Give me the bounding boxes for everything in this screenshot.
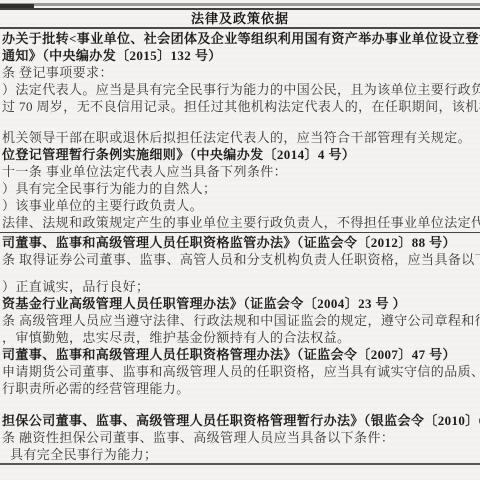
- scanned-document-page: 法律及政策依据 办关于批转<事业单位、社会团体及企业等组织利用国有资产举办事业单…: [0, 0, 480, 480]
- text-line: 办关于批转<事业单位、社会团体及企业等组织利用国有资产举办事业单位设立登记办法: [0, 30, 480, 47]
- text-line: ）正直诚实，品行良好；: [0, 278, 480, 295]
- document-header: 法律及政策依据: [0, 8, 480, 29]
- text-line: 司董事、监事和高级管理人员任职资格监管办法》（证监会令〔2012〕88 号）: [0, 234, 480, 251]
- text-line: 条 高级管理人员应当遵守法律、行政法规和中国证监会的规定，遵守公司章程和行业自: [0, 312, 480, 329]
- text-line: 条 登记事项要求：: [0, 64, 480, 81]
- text-line: 申请期货公司董事、监事和高级管理人员的任职资格，应当具有诚实守信的品质、良好的: [0, 363, 480, 380]
- text-line: 十一条 事业单位法定代表人应当具备下列条件：: [0, 163, 480, 180]
- page-title: 法律及政策依据: [0, 10, 480, 27]
- header-bottom-rule: [0, 27, 480, 29]
- text-line: 过 70 周岁，无不良信用记录。担任过其他机构法定代表人的，在任职期间，该机构无: [0, 98, 480, 115]
- text-line: 通知》（中央编办发〔2015〕132 号）: [0, 47, 480, 64]
- text-line: 机关领导干部在职或退休后拟担任法定代表人的，应当符合干部管理有关规定。: [0, 129, 480, 146]
- text-line: 具有完全民事行为能力；: [0, 446, 480, 463]
- text-line: ，审慎勤勉，忠实尽责，维护基金份额持有人的合法权益。: [0, 329, 480, 346]
- bottom-rule: [0, 463, 480, 465]
- text-line: 位登记管理暂行条例实施细则》（中央编办发〔2014〕4 号）: [0, 146, 480, 163]
- text-line: 法律、法规和政策规定产生的事业单位主要行政负责人，不得担任事业单位法定代表人: [0, 214, 480, 233]
- text-line: 司董事、监事和高级管理人员任职资格管理办法》（证监会令〔2007〕47 号）: [0, 346, 480, 363]
- document-body: 办关于批转<事业单位、社会团体及企业等组织利用国有资产举办事业单位设立登记办法通…: [0, 30, 480, 463]
- text-line: ）该事业单位的主要行政负责人。: [0, 197, 480, 214]
- top-gray-rule: [0, 3, 480, 6]
- text-line: 条 融资性担保公司董事、监事、高级管理人员应当具备以下条件：: [0, 429, 480, 446]
- text-line: 资基金行业高级管理人员任职管理办法》（证监会令〔2004〕23 号 ）: [0, 295, 480, 312]
- text-line: ）法定代表人。应当是具有完全民事行为能力的中国公民，且为该单位主要行政负责人: [0, 81, 480, 98]
- text-line: 条 取得证券公司董事、监事、高管人员和分支机构负责人任职资格，应当具备以下基本: [0, 251, 480, 268]
- text-line: 行职责所必需的经营管理能力。: [0, 380, 480, 397]
- text-line: ）具有完全民事行为能力的自然人；: [0, 180, 480, 197]
- text-line: 担保公司董事、监事、高级管理人员任职资格管理暂行办法》（银监会令〔2010〕6 …: [0, 412, 480, 429]
